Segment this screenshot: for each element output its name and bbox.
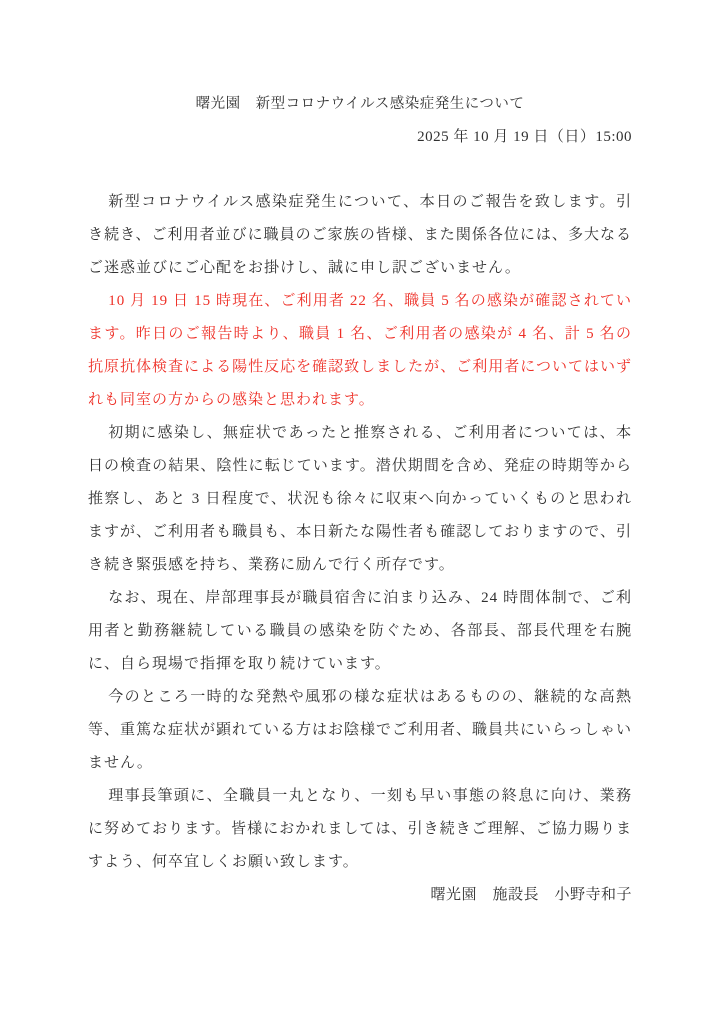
closing-paragraph: 理事長筆頭に、全職員一丸となり、一刻も早い事態の終息に向け、業務に努めております… <box>88 780 632 879</box>
document-body: 新型コロナウイルス感染症発生について、本日のご報告を致します。引き続き、ご利用者… <box>88 186 632 879</box>
document-content: 曙光園 新型コロナウイルス感染症発生について 2025 年 10 月 19 日（… <box>0 0 724 912</box>
director-response-paragraph: なお、現在、岸部理事長が職員宿舎に泊まり込み、24 時間体制で、ご利用者と勤務継… <box>88 582 632 681</box>
infection-status-paragraph: 10 月 19 日 15 時現在、ご利用者 22 名、職員 5 名の感染が確認さ… <box>88 285 632 417</box>
apology-paragraph: 新型コロナウイルス感染症発生について、本日のご報告を致します。引き続き、ご利用者… <box>88 186 632 285</box>
document-page: 曙光園 新型コロナウイルス感染症発生について 2025 年 10 月 19 日（… <box>0 0 724 1024</box>
document-title: 曙光園 新型コロナウイルス感染症発生について <box>88 88 632 121</box>
outlook-paragraph: 初期に感染し、無症状であったと推察される、ご利用者については、本日の検査の結果、… <box>88 417 632 582</box>
signature-line: 曙光園 施設長 小野寺和子 <box>88 879 632 912</box>
document-datetime: 2025 年 10 月 19 日（日）15:00 <box>88 121 632 154</box>
symptoms-paragraph: 今のところ一時的な発熱や風邪の様な症状はあるものの、継続的な高熱等、重篤な症状が… <box>88 681 632 780</box>
